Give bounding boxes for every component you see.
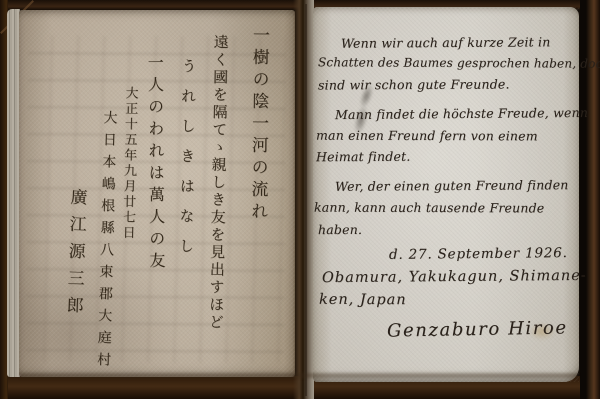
german-line: Schatten des Baumes gesprochen haben, do… — [318, 55, 600, 71]
german-line: kann, kann auch tausende Freunde — [314, 200, 544, 216]
date-line: d. 27. September 1926. — [389, 245, 568, 263]
german-line: haben. — [318, 222, 362, 237]
left-page: 一樹の陰一河の流れ 遠く國を隔てゝ親しき友を見出すほど うれしきはなし 一人のわ… — [19, 10, 295, 377]
german-line: Heimat findet. — [316, 149, 411, 164]
address-line: Obamura, Yakukagun, Shimane- — [322, 268, 587, 286]
right-page: Wenn wir auch auf kurze Zeit in Schatten… — [313, 7, 579, 382]
japanese-column-aphorism: 一人のわれは萬人の友 — [143, 54, 168, 266]
japanese-column-poem-lower: うれしきはなし — [175, 58, 199, 293]
german-line: Mann findet die höchste Freude, wenn — [335, 105, 588, 122]
page-bottom-shadow — [20, 373, 578, 378]
book-gutter — [293, 0, 314, 399]
german-line: sind wir schon gute Freunde. — [318, 76, 510, 92]
german-line: man einen Freund fern von einem — [316, 128, 538, 144]
japanese-column-date: 大正十五年九月廿七日 — [117, 86, 139, 248]
signature: Genzaburo Hiroe — [387, 317, 568, 341]
german-line: Wenn wir auch auf kurze Zeit in — [341, 34, 551, 50]
gutter-crease-line — [305, 4, 307, 396]
german-line: Wer, der einen guten Freund finden — [335, 177, 569, 194]
japanese-column-proverb: 一樹の陰一河の流れ — [245, 26, 272, 231]
address-line: ken, Japan — [319, 292, 407, 308]
open-notebook-photo: 一樹の陰一河の流れ 遠く國を隔てゝ親しき友を見出すほど うれしきはなし 一人のわ… — [0, 0, 600, 399]
